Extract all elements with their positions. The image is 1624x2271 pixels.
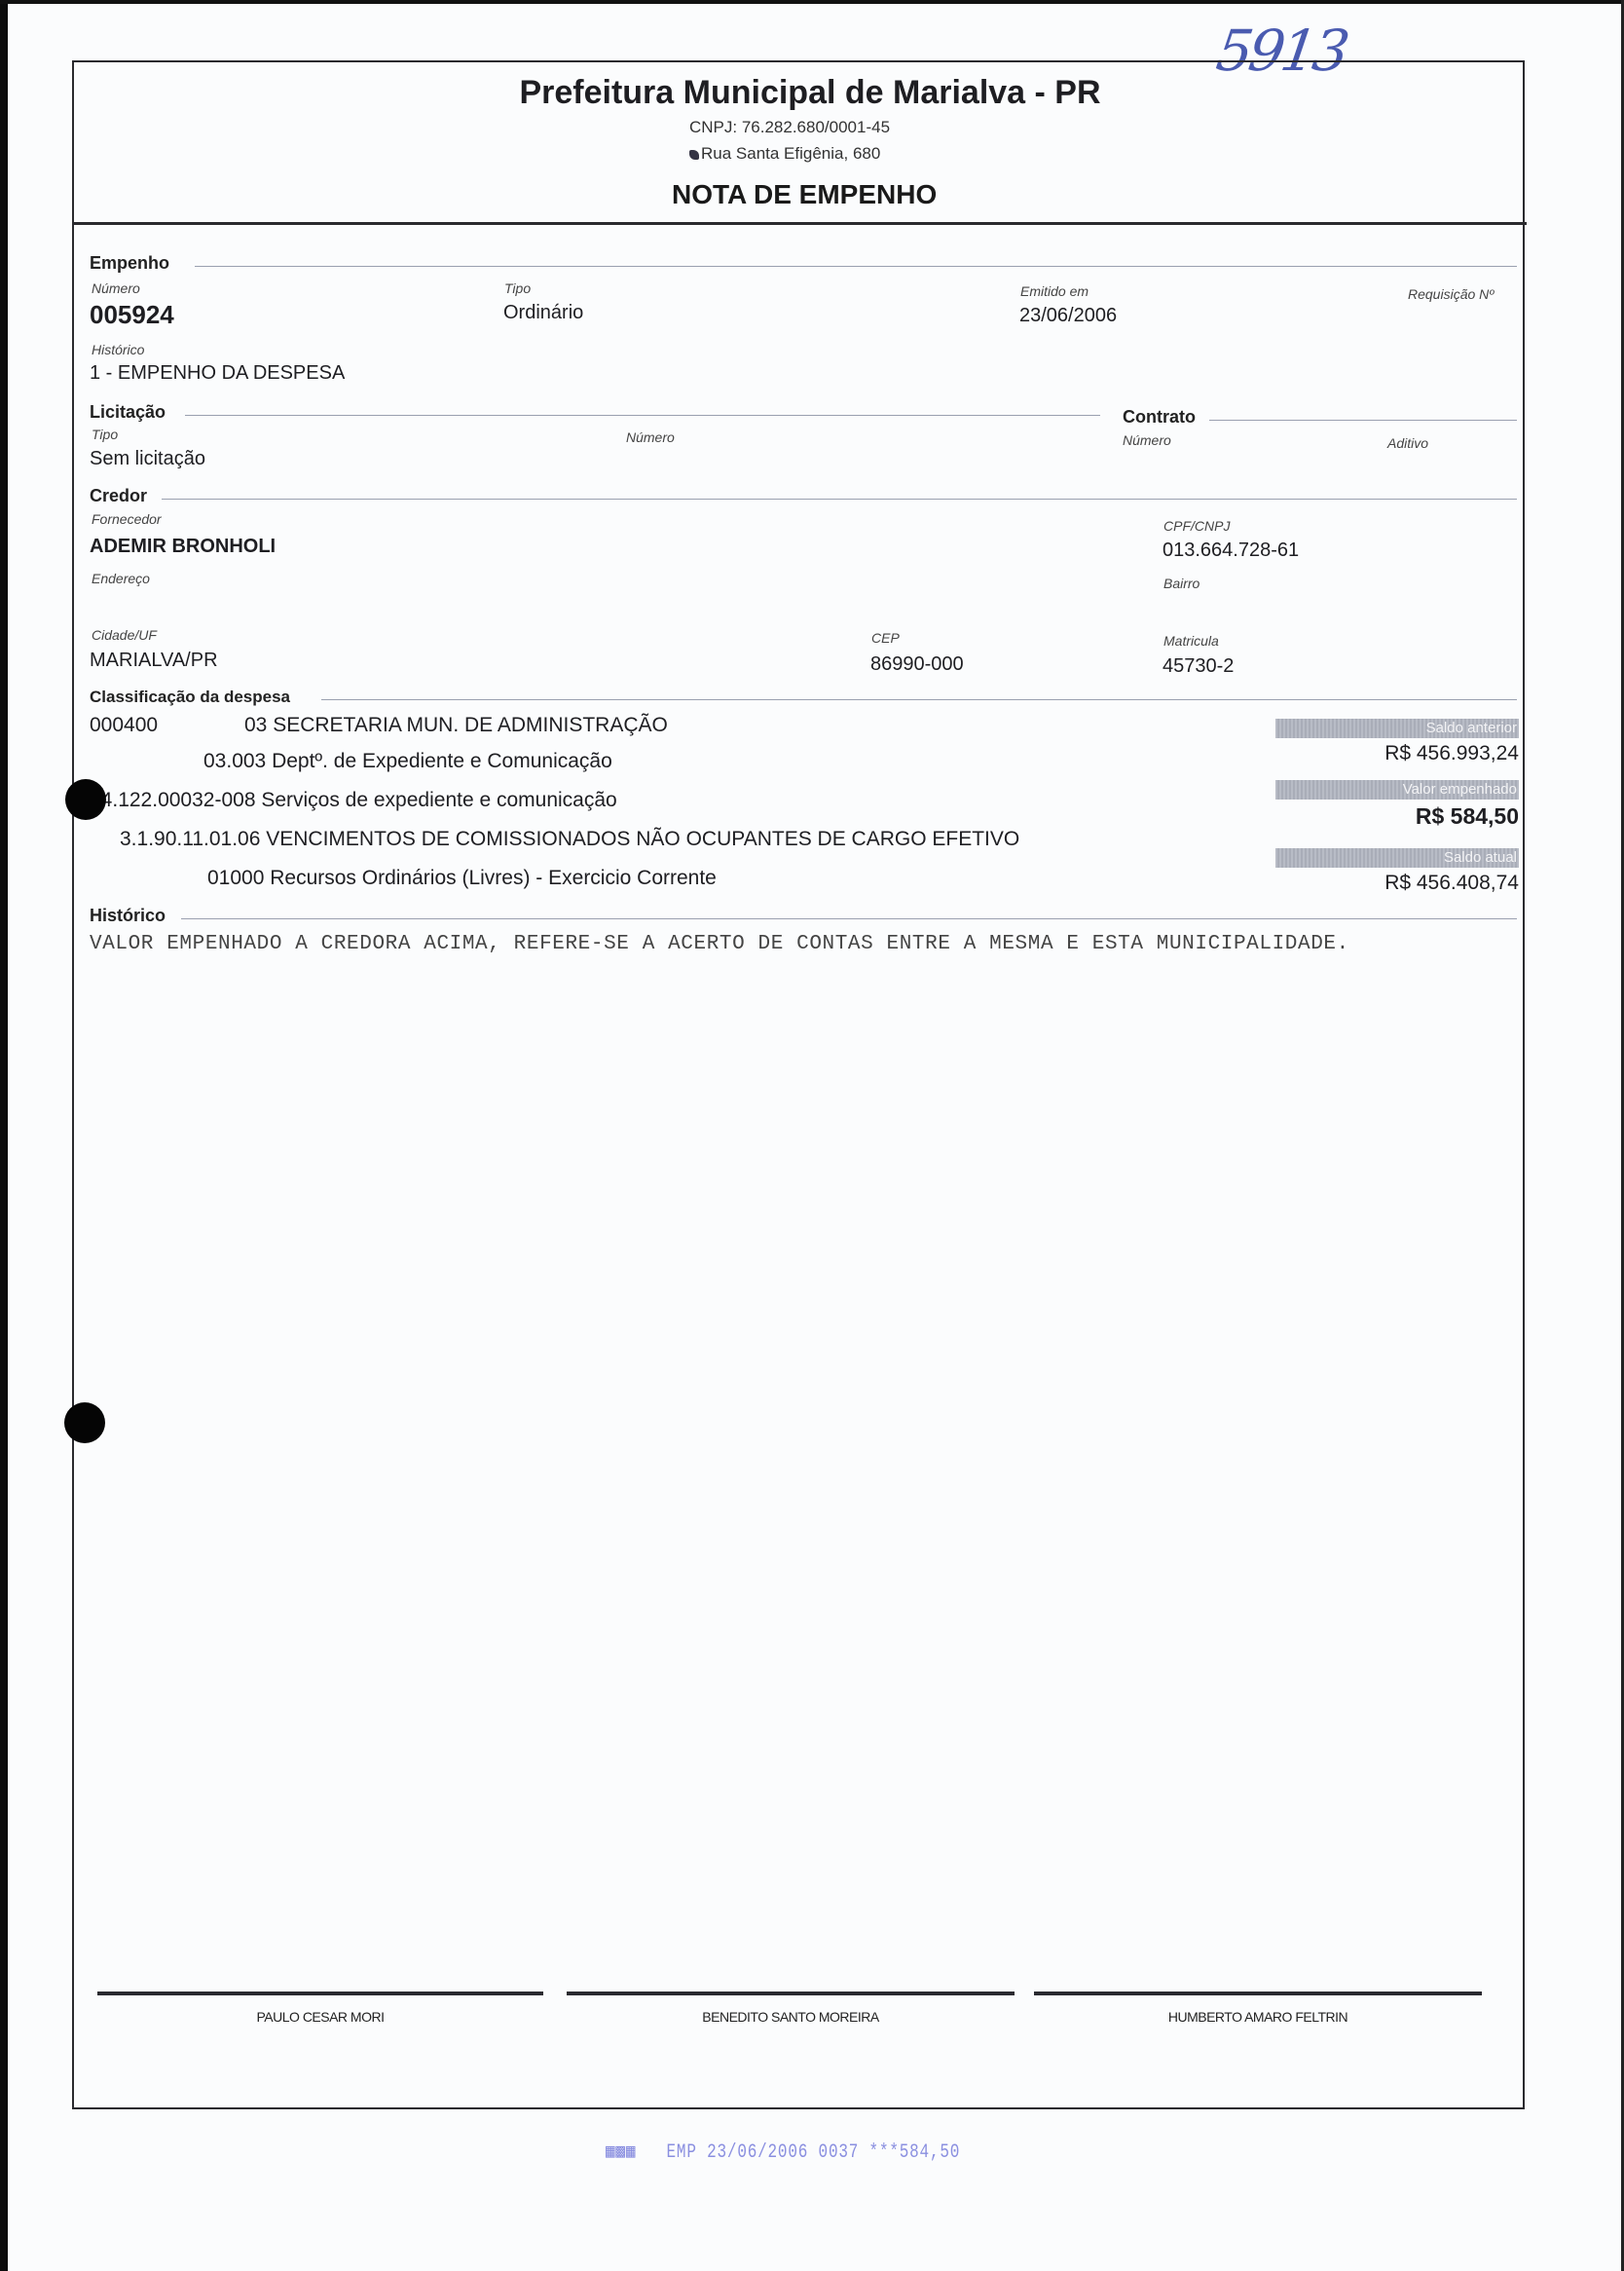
section-rule xyxy=(162,499,1517,500)
valor-empenhado-value: R$ 584,50 xyxy=(1416,803,1519,830)
saldo-anterior-value: R$ 456.993,24 xyxy=(1384,742,1519,765)
signature-line xyxy=(567,1992,1015,1995)
section-historico: Histórico xyxy=(90,906,166,926)
empenho-numero-label: Número xyxy=(92,280,140,296)
section-rule xyxy=(321,699,1517,700)
licitacao-tipo: Sem licitação xyxy=(90,448,205,470)
endereco-label: Endereço xyxy=(92,571,150,586)
contrato-numero-label: Número xyxy=(1123,432,1171,448)
saldo-atual-label: Saldo atual xyxy=(1275,848,1519,868)
empenho-historico-label: Histórico xyxy=(92,342,144,357)
empenho-tipo-label: Tipo xyxy=(504,280,531,296)
scan-edge xyxy=(0,0,8,2271)
section-rule xyxy=(195,266,1517,267)
empenho-tipo: Ordinário xyxy=(503,302,583,324)
bairro-label: Bairro xyxy=(1163,576,1200,591)
saldo-atual-value: R$ 456.408,74 xyxy=(1384,872,1519,895)
cidade-label: Cidade/UF xyxy=(92,627,157,643)
section-rule xyxy=(1209,420,1517,421)
licitacao-numero-label: Número xyxy=(626,429,675,445)
section-rule xyxy=(185,415,1100,416)
section-contrato: Contrato xyxy=(1123,407,1196,428)
classificacao-line: 01000 Recursos Ordinários (Livres) - Exe… xyxy=(207,867,717,890)
empenho-numero: 005924 xyxy=(90,300,174,330)
section-rule xyxy=(181,918,1517,919)
phone-icon xyxy=(689,150,699,160)
section-licitacao: Licitação xyxy=(90,402,166,423)
fornecedor-name: ADEMIR BRONHOLI xyxy=(90,536,276,558)
signature-line xyxy=(1034,1992,1482,1995)
empenho-emitido-label: Emitido em xyxy=(1020,283,1089,299)
cpf-cnpj: 013.664.728-61 xyxy=(1163,540,1299,562)
classificacao-orgao-code: 000400 xyxy=(90,714,158,737)
stamp-text: EMP 23/06/2006 0037 ***584,50 xyxy=(667,2141,961,2164)
address-text: Rua Santa Efigênia, 680 xyxy=(701,144,880,163)
licitacao-tipo-label: Tipo xyxy=(92,427,118,442)
mechanical-stamp: ▦▩▦ EMP 23/06/2006 0037 ***584,50 xyxy=(606,2139,960,2164)
fornecedor-label: Fornecedor xyxy=(92,511,162,527)
requisicao-label: Requisição Nº xyxy=(1408,286,1494,302)
stamp-logo-icon: ▦▩▦ xyxy=(606,2141,667,2164)
cpf-cnpj-label: CPF/CNPJ xyxy=(1163,518,1230,534)
historico-text: VALOR EMPENHADO A CREDORA ACIMA, REFERE-… xyxy=(90,933,1349,955)
section-credor: Credor xyxy=(90,486,147,506)
header-divider xyxy=(72,222,1527,225)
punch-hole xyxy=(65,779,106,820)
contrato-aditivo-label: Aditivo xyxy=(1387,435,1428,451)
matricula: 45730-2 xyxy=(1163,655,1234,678)
empenho-historico: 1 - EMPENHO DA DESPESA xyxy=(90,362,345,385)
organization-title: Prefeitura Municipal de Marialva - PR xyxy=(0,74,1624,112)
matricula-label: Matricula xyxy=(1163,633,1219,649)
empenho-emitido: 23/06/2006 xyxy=(1019,305,1117,327)
organization-address: Rua Santa Efigênia, 680 xyxy=(689,144,880,164)
scan-edge xyxy=(0,0,1624,4)
signature-line xyxy=(97,1992,543,1995)
signature-name: BENEDITO SANTO MOREIRA xyxy=(567,2009,1015,2025)
organization-cnpj: CNPJ: 76.282.680/0001-45 xyxy=(689,118,890,137)
organization-name: Prefeitura Municipal de Marialva - PR xyxy=(519,74,1100,111)
cidade: MARIALVA/PR xyxy=(90,650,218,672)
document-title: NOTA DE EMPENHO xyxy=(672,179,937,210)
signature-name: PAULO CESAR MORI xyxy=(97,2009,543,2025)
cep-label: CEP xyxy=(871,630,900,646)
cep: 86990-000 xyxy=(870,653,964,676)
classificacao-line: 03 SECRETARIA MUN. DE ADMINISTRAÇÃO xyxy=(244,714,668,737)
classificacao-line: 04.122.00032-008 Serviços de expediente … xyxy=(90,789,617,812)
classificacao-line: 3.1.90.11.01.06 VENCIMENTOS DE COMISSION… xyxy=(120,828,1019,851)
classificacao-line: 03.003 Deptº. de Expediente e Comunicaçã… xyxy=(203,750,612,773)
valor-empenhado-label: Valor empenhado xyxy=(1275,780,1519,800)
section-classificacao: Classificação da despesa xyxy=(90,688,290,707)
punch-hole xyxy=(64,1402,105,1443)
section-empenho: Empenho xyxy=(90,253,169,274)
signature-name: HUMBERTO AMARO FELTRIN xyxy=(1034,2009,1482,2025)
saldo-anterior-label: Saldo anterior xyxy=(1275,719,1519,738)
